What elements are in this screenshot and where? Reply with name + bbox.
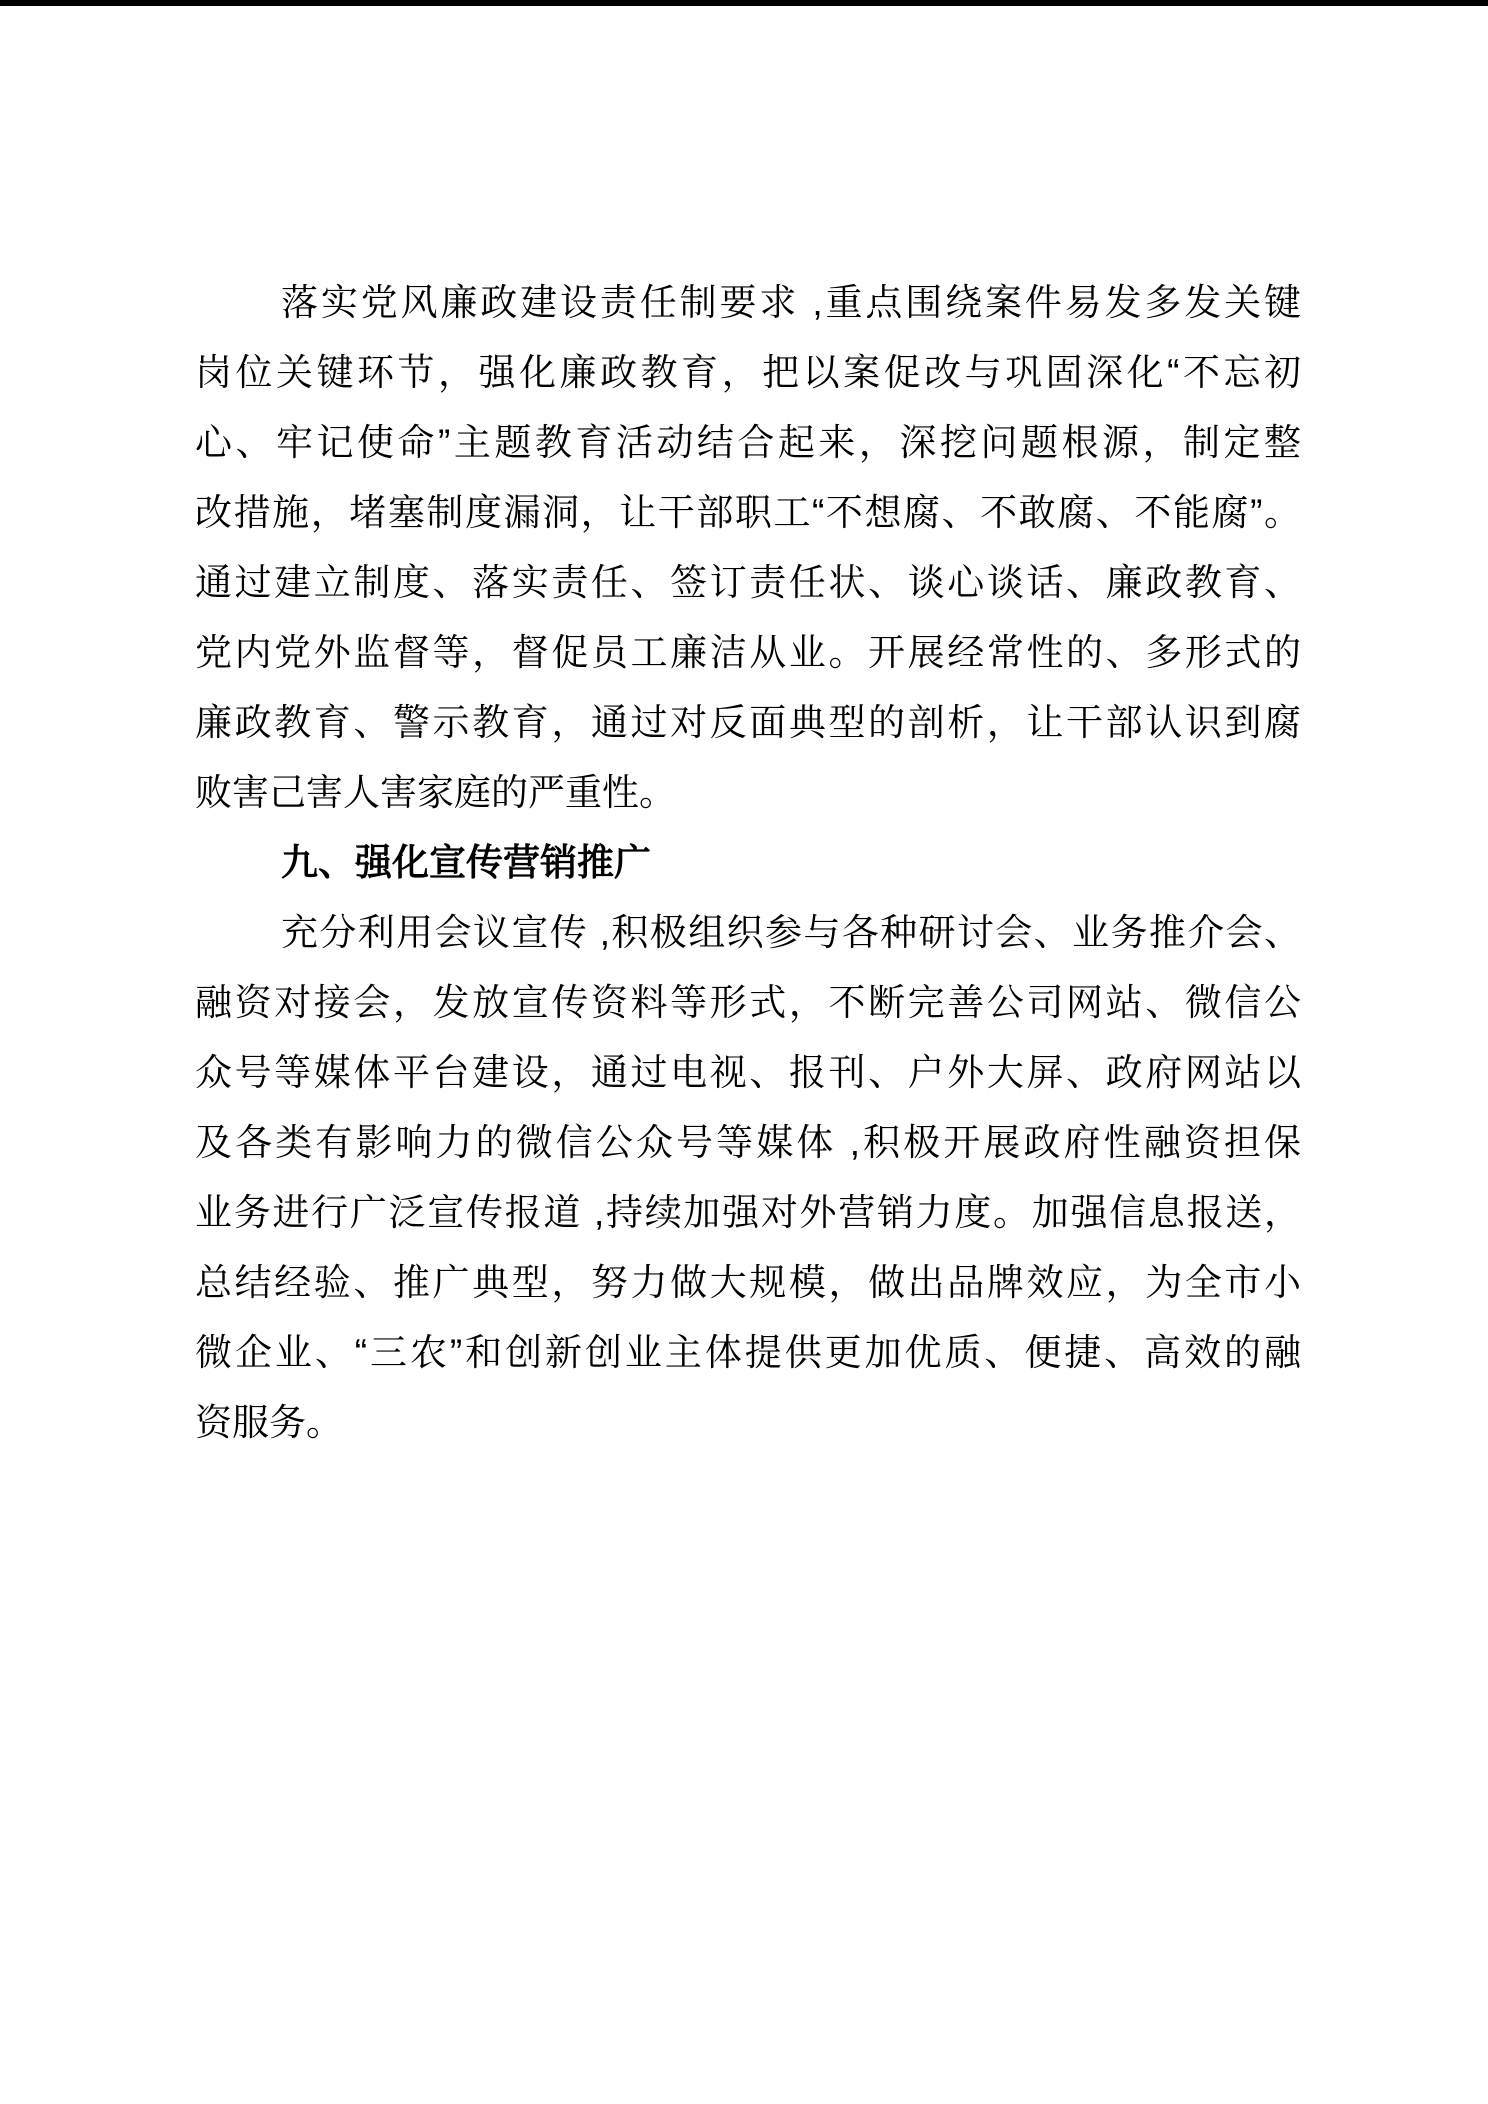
paragraph-line: 业务进行广泛宣传报道 ,持续加强对外营销力度。加强信息报送， bbox=[195, 1178, 1301, 1248]
document-body: 落实党风廉政建设责任制要求 ,重点围绕案件易发多发关键 岗位关键环节，强化廉政教… bbox=[195, 268, 1301, 1458]
document-page: 落实党风廉政建设责任制要求 ,重点围绕案件易发多发关键 岗位关键环节，强化廉政教… bbox=[0, 0, 1488, 2104]
paragraph-line: 融资对接会，发放宣传资料等形式，不断完善公司网站、微信公 bbox=[195, 968, 1301, 1038]
paragraph-line: 败害己害人害家庭的严重性。 bbox=[195, 758, 1301, 828]
paragraph-line: 廉政教育、警示教育，通过对反面典型的剖析，让干部认识到腐 bbox=[195, 688, 1301, 758]
paragraph-line: 众号等媒体平台建设，通过电视、报刊、户外大屏、政府网站以 bbox=[195, 1038, 1301, 1108]
paragraph-line: 资服务。 bbox=[195, 1388, 1301, 1458]
paragraph-line: 微企业、“三农”和创新创业主体提供更加优质、便捷、高效的融 bbox=[195, 1318, 1301, 1388]
paragraph-line: 改措施，堵塞制度漏洞，让干部职工“不想腐、不敢腐、不能腐”。 bbox=[195, 478, 1301, 548]
paragraph-line: 落实党风廉政建设责任制要求 ,重点围绕案件易发多发关键 bbox=[195, 268, 1301, 338]
paragraph-line: 及各类有影响力的微信公众号等媒体 ,积极开展政府性融资担保 bbox=[195, 1108, 1301, 1178]
paragraph-line: 党内党外监督等，督促员工廉洁从业。开展经常性的、多形式的 bbox=[195, 618, 1301, 688]
paragraph-line: 岗位关键环节，强化廉政教育，把以案促改与巩固深化“不忘初 bbox=[195, 338, 1301, 408]
paragraph-line: 心、牢记使命”主题教育活动结合起来，深挖问题根源，制定整 bbox=[195, 408, 1301, 478]
page-top-edge-artifact bbox=[0, 0, 1488, 6]
section-heading: 九、强化宣传营销推广 bbox=[195, 828, 1301, 898]
paragraph-line: 充分利用会议宣传 ,积极组织参与各种研讨会、业务推介会、 bbox=[195, 898, 1301, 968]
paragraph-line: 总结经验、推广典型，努力做大规模，做出品牌效应，为全市小 bbox=[195, 1248, 1301, 1318]
paragraph-line: 通过建立制度、落实责任、签订责任状、谈心谈话、廉政教育、 bbox=[195, 548, 1301, 618]
